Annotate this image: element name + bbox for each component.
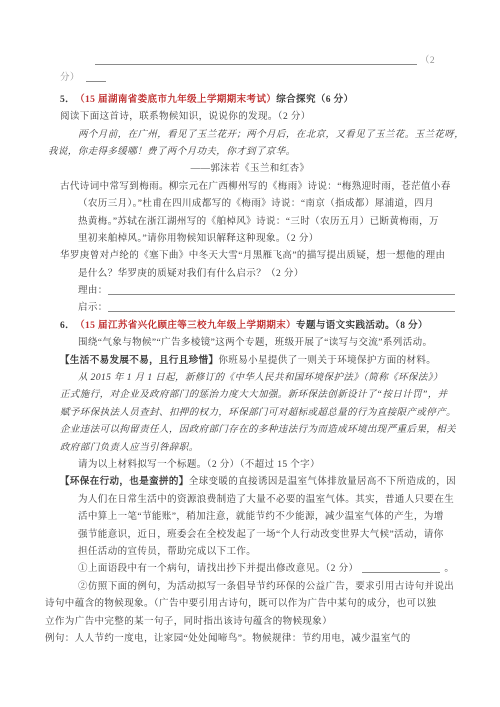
answer-blank — [108, 286, 455, 295]
section-header: 【生活不易发展不易，且行且珍惜】 — [60, 353, 218, 370]
hualuogeng-line-1: 华罗庚曾对卢纶的《塞下曲》中冬天大雪“月黑雁飞高”的描写提出质疑，想一想他的理由 — [45, 248, 455, 265]
text-segment: 正式施行，对企业及政府部门的惩治力度大大加强。新环保法创新设计了“按日计罚”，并 — [60, 387, 448, 404]
huanbao-line-3: 活中算上一笔“节能账”，稍加注意，就能节约不少能源，减少温室气体的产生，为增 — [45, 509, 455, 526]
material-line-4: 企业违法可以拘留责任人，因政府部门存在的多种违法行为而造成环境出现严重后果，相关 — [45, 422, 455, 439]
question-6-header: 6．（15 届江苏省兴化顾庄等三校九年级上学期期末）专题与语文实践活动。（8 分… — [45, 318, 455, 335]
poem-line-2: 我说，你走得多缓哪！费了两个月功夫，你才到了京华。 — [45, 144, 455, 161]
task-2-line-1: ②仿照下面的例句，为活动拟写一条倡导节约环保的公益广告，要求引用古诗句并说出 — [45, 579, 455, 596]
text-segment: ——郭沫若《玉兰和红杏》 — [191, 161, 310, 178]
answer-blank — [95, 56, 417, 65]
question-type: 综合探究（6 分） — [276, 92, 353, 109]
question-type: 专题与语文实践活动。（8 分） — [296, 318, 428, 335]
material-intro: 【生活不易发展不易，且行且珍惜】你班易小星提供了一则关于环境保护方面的材料。 — [45, 353, 455, 370]
text-segment: 围绕“气象与物候”“广告多棱镜”这两个专题，班级开展了“读写与交流”系列活动。 — [78, 335, 432, 352]
q5-instruction: 阅读下面这首诗，联系物候知识，说说你的发现。（2 分） — [45, 109, 455, 126]
text-segment: 企业违法可以拘留责任人，因政府部门存在的多种违法行为而造成环境出现严重后果，相关 — [60, 422, 456, 439]
task-1-line: ①上面语段中有一个病句，请找出抄下并提出修改意见。（2 分）。 — [45, 561, 455, 578]
text-segment: 热黄梅。”苏轼在浙江湖州写的《舶棹风》诗说：“三时（农历五月）已断黄梅雨，万 — [78, 214, 439, 231]
score-open: （2 — [420, 53, 435, 70]
huanbao-line-5: 担任活动的宣传员，帮助完成以下工作。 — [45, 544, 455, 561]
section-header: 【环保在行动，也是蛮拼的】 — [60, 474, 189, 491]
poem-attribution: ——郭沫若《玉兰和红杏》 — [45, 161, 455, 178]
text-segment: 担任活动的宣传员，帮助完成以下工作。 — [78, 544, 256, 561]
text-segment: 例句：人人节约一度电，让家园“处处闻啼鸟”。物候规律：节约用电，减少温室气的 — [45, 631, 411, 648]
reason-blank-line: 理由： — [45, 283, 455, 300]
text-segment: 阅读下面这首诗，联系物候知识，说说你的发现。（2 分） — [60, 109, 311, 126]
exam-source: （15 届湖南省娄底市九年级上学期期末考试） — [75, 92, 276, 109]
task-2-line-2: 诗句中蕴含的物候现象。（广告中要引用古诗句，既可以作为广告中某句的成分，也可以独 — [45, 596, 455, 613]
hint-blank-line: 启示： — [45, 300, 455, 317]
answer-blank — [108, 303, 455, 312]
text-segment: 赋予环保执法人员查封、扣押的权力，环保部门可对超标或超总量的行为直接限产或停产。 — [60, 405, 456, 422]
text-segment: 理由： — [78, 283, 108, 300]
text-segment: 立作为广告中完整的某一句子，同时指出该诗句蕴含的物候现象） — [45, 614, 332, 631]
material-line-2: 正式施行，对企业及政府部门的惩治力度大大加强。新环保法创新设计了“按日计罚”，并 — [45, 387, 455, 404]
meiyu-paragraph-line-4: 里初来舶棹风。”请你用物候知识解释这种现象。（2 分） — [45, 231, 455, 248]
answer-blank — [362, 564, 440, 573]
score-suffix-line: 分） — [45, 70, 455, 87]
text-segment: ②仿照下面的例句，为活动拟写一条倡导节约环保的公益广告，要求引用古诗句并说出 — [78, 579, 454, 596]
text-segment: 诗句中蕴含的物候现象。（广告中要引用古诗句，既可以作为广告中某句的成分，也可以独 — [45, 596, 436, 613]
material-line-3: 赋予环保执法人员查封、扣押的权力，环保部门可对超标或超总量的行为直接限产或停产。 — [45, 405, 455, 422]
text-segment: ①上面语段中有一个病句，请找出抄下并提出修改意见。（2 分） — [78, 561, 358, 578]
title-task-line: 请为以上材料拟写一个标题。（2 分）（不超过 15 个字） — [45, 457, 455, 474]
huanbao-line-4: 强节能意识，近日，班委会在全校发起了一场“个人行动改变世界大气候”活动，请你 — [45, 527, 455, 544]
text-segment: 两个月前，在广州，看见了玉兰花开；两个月后，在北京，又看见了玉兰花。玉兰花呀， — [78, 127, 464, 144]
question-number: 5． — [60, 92, 75, 109]
text-segment: 为人们在日常生活中的资源浪费制造了大量不必要的温室气体。其实，普通人只要在生 — [78, 492, 454, 509]
text-segment: 我说，你走得多缓哪！费了两个月功夫，你才到了京华。 — [48, 144, 296, 161]
q6-intro: 围绕“气象与物候”“广告多棱镜”这两个专题，班级开展了“读写与交流”系列活动。 — [45, 335, 455, 352]
score-blank-line: （2 — [45, 53, 455, 70]
material-line-1: 从 2015 年 1 月 1 日起，新修订的《中华人民共和国环境保护法》（简称《… — [45, 370, 455, 387]
text-segment: 从 2015 年 1 月 1 日起，新修订的《中华人民共和国环境保护法》（简称《… — [78, 370, 443, 387]
text-segment: 你班易小星提供了一则关于环境保护方面的材料。 — [218, 353, 436, 370]
question-5-header: 5．（15 届湖南省娄底市九年级上学期期末考试）综合探究（6 分） — [45, 92, 455, 109]
huanbao-line-1: 【环保在行动，也是蛮拼的】全球变暖的直接诱因是温室气体排放量居高不下所造成的，因 — [45, 474, 455, 491]
text-segment: 活中算上一笔“节能账”，稍加注意，就能节约不少能源，减少温室气体的产生，为增 — [78, 509, 444, 526]
example-line: 例句：人人节约一度电，让家园“处处闻啼鸟”。物候规律：节约用电，减少温室气的 — [45, 631, 455, 648]
huanbao-line-2: 为人们在日常生活中的资源浪费制造了大量不必要的温室气体。其实，普通人只要在生 — [45, 492, 455, 509]
answer-blank — [86, 73, 106, 82]
text-segment: 强节能意识，近日，班委会在全校发起了一场“个人行动改变世界大气候”活动，请你 — [78, 527, 444, 544]
text-segment: 全球变暖的直接诱因是温室气体排放量居高不下所造成的，因 — [189, 474, 456, 491]
text-segment: 里初来舶棹风。”请你用物候知识解释这种现象。（2 分） — [78, 231, 319, 248]
text-segment: （农历三月）。”杜甫在四川成都写的《梅雨》诗说：“南京（指成都）犀浦道，四月 — [78, 196, 434, 213]
text-segment: 是什么？华罗庚的质疑对我们有什么启示？（2 分） — [78, 266, 304, 283]
question-number: 6． — [60, 318, 75, 335]
meiyu-paragraph-line-3: 热黄梅。”苏轼在浙江湖州写的《舶棹风》诗说：“三时（农历五月）已断黄梅雨，万 — [45, 214, 455, 231]
score-close: 分） — [60, 70, 80, 87]
text-segment: 华罗庚曾对卢纶的《塞下曲》中冬天大雪“月黑雁飞高”的描写提出质疑，想一想他的理由 — [60, 248, 445, 265]
text-segment: 启示： — [78, 300, 108, 317]
exam-source: （15 届江苏省兴化顾庄等三校九年级上学期期末） — [75, 318, 296, 335]
material-line-5: 政府部门负责人应当引咎辞职。 — [45, 440, 455, 457]
text-segment: 。 — [444, 561, 454, 578]
text-segment: 古代诗词中常写到梅雨。柳宗元在广西柳州写的《梅雨》诗说：“梅熟迎时雨，苍茫值小春 — [60, 179, 451, 196]
document-page: （2分）5．（15 届湖南省娄底市九年级上学期期末考试）综合探究（6 分）阅读下… — [0, 0, 500, 707]
text-segment: 政府部门负责人应当引咎辞职。 — [60, 440, 199, 457]
meiyu-paragraph-line-1: 古代诗词中常写到梅雨。柳宗元在广西柳州写的《梅雨》诗说：“梅熟迎时雨，苍茫值小春 — [45, 179, 455, 196]
text-segment: 请为以上材料拟写一个标题。（2 分）（不超过 15 个字） — [78, 457, 320, 474]
task-2-line-3: 立作为广告中完整的某一句子，同时指出该诗句蕴含的物候现象） — [45, 614, 455, 631]
meiyu-paragraph-line-2: （农历三月）。”杜甫在四川成都写的《梅雨》诗说：“南京（指成都）犀浦道，四月 — [45, 196, 455, 213]
poem-line-1: 两个月前，在广州，看见了玉兰花开；两个月后，在北京，又看见了玉兰花。玉兰花呀， — [45, 127, 455, 144]
hualuogeng-line-2: 是什么？华罗庚的质疑对我们有什么启示？（2 分） — [45, 266, 455, 283]
